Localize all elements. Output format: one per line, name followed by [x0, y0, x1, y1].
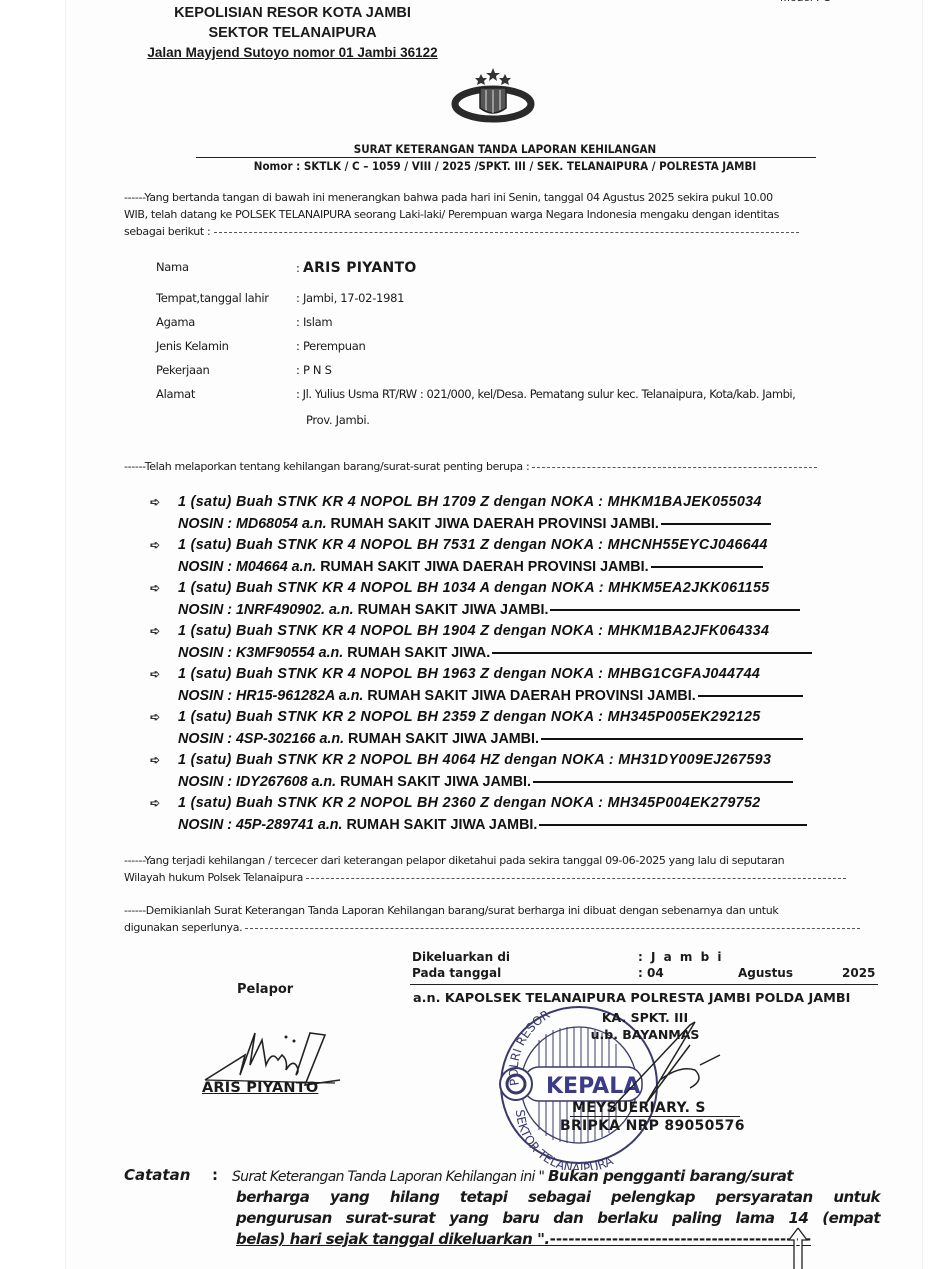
issued-date-label: Pada tanggal	[412, 966, 501, 980]
identity-value-cont: Prov. Jambi.	[306, 413, 370, 427]
title-divider	[196, 157, 816, 158]
lost-item-description: 1 (satu) Buah STNK KR 4 NOPOL BH 1034 A …	[178, 578, 770, 600]
issued-place-label: Dikeluarkan di	[412, 950, 510, 964]
identity-label: Pekerjaan	[156, 363, 296, 377]
lost-item-owner: NOSIN : HR15-961282A a.n. RUMAH SAKIT JI…	[178, 686, 803, 708]
officer-name-underline	[570, 1116, 740, 1117]
closing-line-1: ------Demikianlah Surat Keterangan Tanda…	[124, 902, 778, 919]
arrow-right-icon: ➪	[150, 664, 160, 686]
lost-item-owner: NOSIN : 1NRF490902. a.n. RUMAH SAKIT JIW…	[178, 600, 800, 622]
underline-filler	[541, 738, 803, 740]
note-line-2: berharga yang hilang tetapi sebagai pele…	[236, 1187, 880, 1208]
intro-line-3: sebagai berikut :	[124, 223, 799, 240]
lost-item-owner: NOSIN : M04664 a.n. RUMAH SAKIT JIWA DAE…	[178, 557, 763, 579]
arrow-right-icon: ➪	[150, 535, 160, 557]
agency-name: KEPOLISIAN RESOR KOTA JAMBI	[120, 3, 465, 23]
identity-label: Alamat	[156, 387, 296, 401]
identity-value: : ARIS PIYANTO	[296, 260, 417, 276]
document-number: Nomor : SKTLK / C – 1059 / VIII / 2025 /…	[180, 159, 830, 173]
issued-place-value: : J a m b i	[638, 950, 723, 964]
model-label: Model : C	[780, 0, 831, 4]
loss-info-line-1: ------Yang terjadi kehilangan / tercecer…	[124, 852, 784, 869]
lost-item-owner: NOSIN : MD68054 a.n. RUMAH SAKIT JIWA DA…	[178, 514, 771, 536]
issuance-divider	[410, 984, 878, 985]
underline-filler	[651, 566, 763, 568]
note-line-3: pengurusan surat-surat yang baru dan ber…	[236, 1208, 880, 1229]
lost-item-description: 1 (satu) Buah STNK KR 4 NOPOL BH 1709 Z …	[178, 492, 762, 514]
lost-item-owner: NOSIN : 45P-289741 a.n. RUMAH SAKIT JIWA…	[178, 815, 807, 837]
loss-info-line-2: Wilayah hukum Polsek Telanaipura	[124, 869, 846, 886]
lost-item-description: 1 (satu) Buah STNK KR 4 NOPOL BH 1904 Z …	[178, 621, 769, 643]
note-colon: :	[212, 1166, 218, 1184]
police-emblem-icon	[448, 66, 538, 124]
intro-line-1: ------Yang bertanda tangan di bawah ini …	[124, 189, 884, 206]
arrow-up-icon	[787, 1226, 809, 1269]
arrow-right-icon: ➪	[150, 750, 160, 772]
issued-date-day: : 04	[638, 966, 664, 980]
intro-line-2: WIB, telah datang ke POLSEK TELANAIPURA …	[124, 206, 884, 223]
identity-value: : Jambi, 17-02-1981	[296, 291, 404, 305]
underline-filler	[492, 652, 812, 654]
intro-line-3-text: sebagai berikut :	[124, 225, 210, 238]
reporter-label: Pelapor	[237, 982, 293, 997]
underline-filler	[550, 609, 800, 611]
lost-item-description: 1 (satu) Buah STNK KR 2 NOPOL BH 2359 Z …	[178, 707, 761, 729]
officer-name: MEYSUERIARY. S	[572, 1100, 706, 1116]
arrow-right-icon: ➪	[150, 492, 160, 514]
arrow-right-icon: ➪	[150, 707, 160, 729]
identity-value: : Perempuan	[296, 339, 366, 353]
issued-date-month: Agustus	[738, 966, 793, 980]
dashed-filler	[245, 928, 860, 929]
agency-address: Jalan Mayjend Sutoyo nomor 01 Jambi 3612…	[120, 43, 465, 63]
dashed-filler	[306, 878, 846, 879]
lost-item-description: 1 (satu) Buah STNK KR 2 NOPOL BH 4064 HZ…	[178, 750, 771, 772]
arrow-right-icon: ➪	[150, 621, 160, 643]
document-title: SURAT KETERANGAN TANDA LAPORAN KEHILANGA…	[180, 142, 830, 156]
reporter-name: ARIS PIYANTO	[202, 1080, 318, 1096]
lost-item-description: 1 (satu) Buah STNK KR 4 NOPOL BH 7531 Z …	[178, 535, 768, 557]
identity-label: Tempat,tanggal lahir	[156, 291, 296, 305]
lost-item-owner: NOSIN : 4SP-302166 a.n. RUMAH SAKIT JIWA…	[178, 729, 803, 751]
identity-value: : Islam	[296, 315, 332, 329]
lost-item-owner: NOSIN : IDY267608 a.n. RUMAH SAKIT JIWA …	[178, 772, 793, 794]
identity-value: : P N S	[296, 363, 332, 377]
note-line-4: belas) hari sejak tanggal dikeluarkan ".…	[236, 1229, 880, 1250]
identity-label: Nama	[156, 260, 296, 274]
identity-value: : Jl. Yulius Usma RT/RW : 021/000, kel/D…	[296, 387, 795, 401]
note-line-1: Surat Keterangan Tanda Laporan Kehilanga…	[232, 1166, 793, 1188]
underline-filler	[661, 523, 771, 525]
sector-name: SEKTOR TELANAIPURA	[120, 23, 465, 43]
report-intro: ------Telah melaporkan tentang kehilanga…	[124, 458, 817, 475]
officer-rank: BRIPKA NRP 89050576	[560, 1118, 745, 1134]
identity-label: Jenis Kelamin	[156, 339, 296, 353]
closing-line-2: digunakan seperlunya.	[124, 919, 860, 936]
lost-item-description: 1 (satu) Buah STNK KR 2 NOPOL BH 2360 Z …	[178, 793, 761, 815]
dashed-filler	[532, 467, 817, 468]
lost-item-owner: NOSIN : K3MF90554 a.n. RUMAH SAKIT JIWA.	[178, 643, 812, 665]
dashed-filler	[214, 232, 799, 233]
lost-item-description: 1 (satu) Buah STNK KR 4 NOPOL BH 1963 Z …	[178, 664, 760, 686]
underline-filler	[533, 781, 793, 783]
arrow-right-icon: ➪	[150, 793, 160, 815]
identity-label: Agama	[156, 315, 296, 329]
underline-filler	[539, 824, 807, 826]
issued-date-year: 2025	[842, 966, 875, 980]
note-label: Catatan	[124, 1166, 190, 1184]
arrow-right-icon: ➪	[150, 578, 160, 600]
underline-filler	[698, 695, 803, 697]
